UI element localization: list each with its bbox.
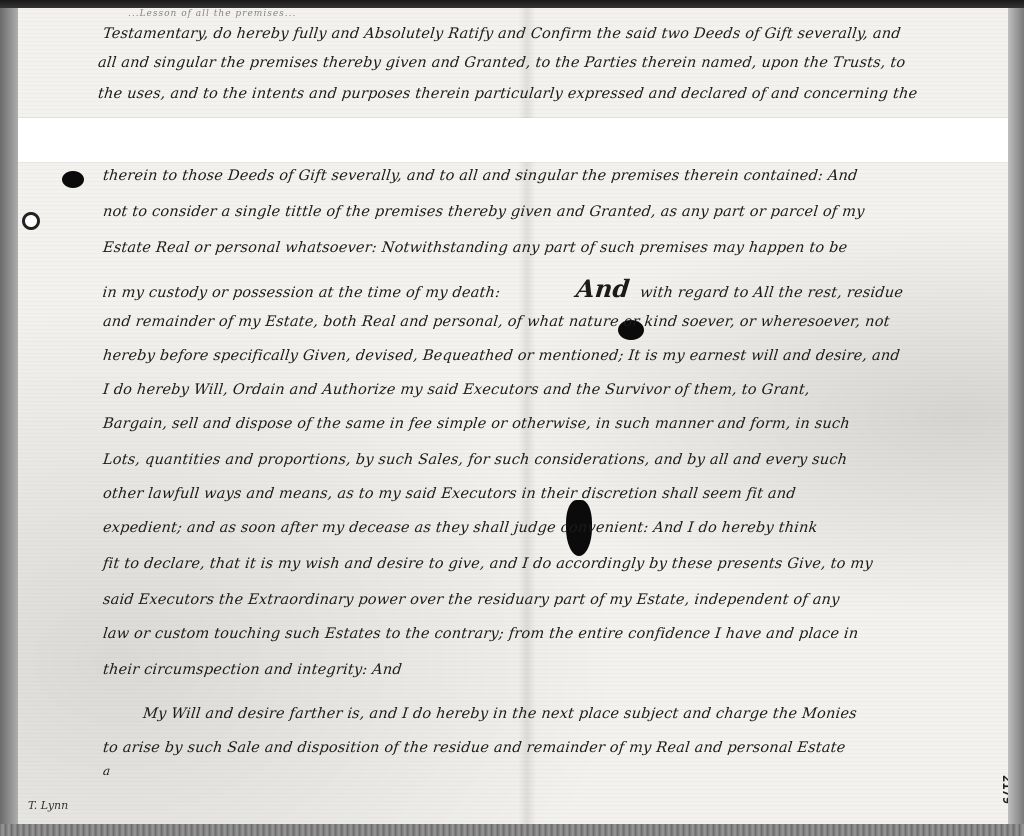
text-line: expedient; and as soon after my decease … — [102, 520, 818, 536]
text-line: My Will and desire farther is, and I do … — [142, 706, 857, 722]
text-line: therein to those Deeds of Gift severally… — [102, 168, 858, 184]
text-line: all and singular the premises thereby gi… — [97, 55, 906, 71]
text-line: to arise by such Sale and disposition of… — [102, 740, 846, 756]
text-line: I do hereby Will, Ordain and Authorize m… — [102, 382, 810, 398]
punch-hole — [22, 212, 40, 230]
text-line: said Executors the Extraordinary power o… — [102, 592, 840, 608]
text-line: not to consider a single tittle of the p… — [102, 204, 865, 220]
trailing-mark: a — [102, 764, 111, 778]
text-line: law or custom touching such Estates to t… — [102, 626, 859, 642]
text-line: and remainder of my Estate, both Real an… — [102, 314, 890, 330]
scan-right-edge — [1006, 8, 1024, 828]
text-fragment: with regard to All the rest, residue — [639, 285, 904, 301]
text-line: hereby before specifically Given, devise… — [102, 348, 901, 364]
scan-bottom-edge — [0, 824, 1024, 836]
text-line: fit to declare, that it is my wish and d… — [102, 556, 873, 572]
blank-band — [18, 118, 1008, 162]
header-fragment: ...Lesson of all the premises... — [18, 8, 1008, 20]
text-line: the uses, and to the intents and purpose… — [97, 86, 918, 102]
ink-blot — [62, 171, 84, 188]
text-line: Estate Real or personal whatsoever: Notw… — [102, 240, 848, 256]
text-line: Bargain, sell and dispose of the same in… — [102, 416, 850, 432]
folio-number: 2179 — [1000, 775, 1008, 804]
text-line: in my custody or possession at the time … — [101, 274, 905, 303]
text-line: Lots, quantities and proportions, by suc… — [102, 452, 848, 468]
text-line: other lawfull ways and means, as to my s… — [102, 486, 797, 502]
manuscript-page: ...Lesson of all the premises... Testame… — [18, 8, 1008, 826]
text-fragment: in my custody or possession at the time … — [102, 285, 501, 301]
text-line: Testamentary, do hereby fully and Absolu… — [102, 26, 901, 42]
text-line: their circumspection and integrity: And — [102, 662, 403, 678]
emphasis-and: And — [575, 274, 632, 303]
bottom-left-mark: T. Lynn — [28, 799, 68, 812]
